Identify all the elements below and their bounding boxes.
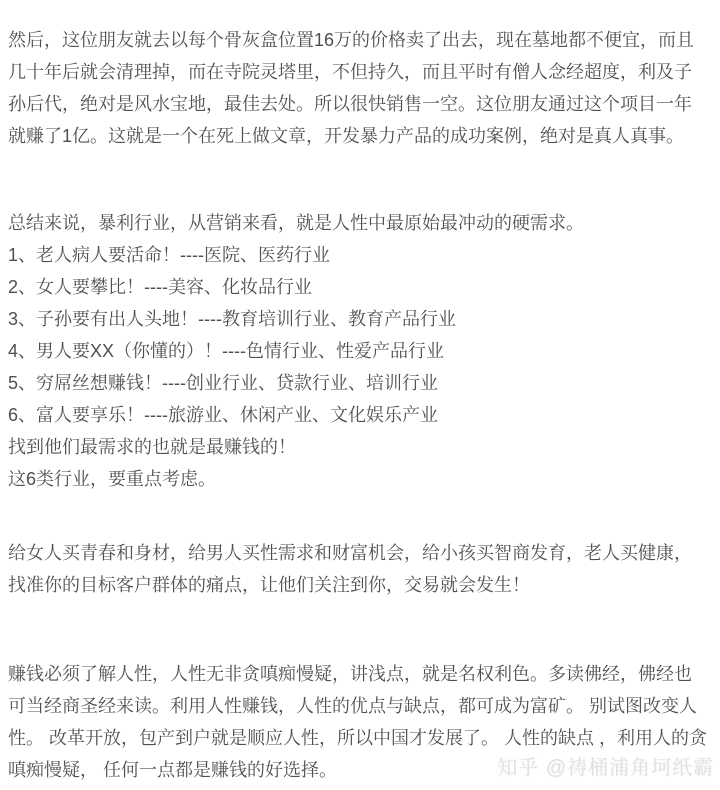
story-line: 就赚了1亿。这就是一个在死上做文章，开发暴力产品的成功案例，绝对是真人真事。 [8,120,710,152]
paragraph-target-customers: 给女人买青春和身材，给男人买性需求和财富机会，给小孩买智商发育，老人买健康， 找… [0,537,720,601]
target-line: 给女人买青春和身材，给男人买性需求和财富机会，给小孩买智商发育，老人买健康， [8,537,710,569]
summary-intro: 总结来说，暴利行业，从营销来看，就是人性中最原始最冲动的硬需求。 [8,207,710,239]
zhihu-watermark: 知乎 @祷桶浦角坷纸霸 [497,752,714,784]
story-line: 然后，这位朋友就去以每个骨灰盒位置16万的价格卖了出去，现在墓地都不便宜，而且 [8,24,710,56]
list-item-1: 1、老人病人要活命！----医院、医药行业 [8,239,710,271]
article-page: 然后，这位朋友就去以每个骨灰盒位置16万的价格卖了出去，现在墓地都不便宜，而且 … [0,0,720,790]
paragraph-story: 然后，这位朋友就去以每个骨灰盒位置16万的价格卖了出去，现在墓地都不便宜，而且 … [0,24,720,152]
summary-outro-line: 这6类行业，要重点考虑。 [8,463,710,495]
list-item-2: 2、女人要攀比！----美容、化妆品行业 [8,271,710,303]
humanity-line: 性。 改革开放，包产到户就是顺应人性，所以中国才发展了。 人性的缺点 ，利用人的… [8,722,710,754]
list-item-6: 6、富人要享乐！----旅游业、休闲产业、文化娱乐产业 [8,399,710,431]
humanity-line: 赚钱必须了解人性，人性无非贪嗔痴慢疑，讲浅点，就是名权利色。多读佛经，佛经也 [8,658,710,690]
humanity-line: 可当经商圣经来读。利用人性赚钱，人性的优点与缺点，都可成为富矿。 别试图改变人 [8,690,710,722]
story-line: 几十年后就会清理掉，而在寺院灵塔里，不但持久，而且平时有僧人念经超度，利及子 [8,56,710,88]
summary-outro-line: 找到他们最需求的也就是最赚钱的！ [8,431,710,463]
target-line: 找准你的目标客户群体的痛点，让他们关注到你，交易就会发生！ [8,569,710,601]
industry-summary: 总结来说，暴利行业，从营销来看，就是人性中最原始最冲动的硬需求。 1、老人病人要… [0,207,720,495]
list-item-3: 3、子孙要有出人头地！----教育培训行业、教育产品行业 [8,303,710,335]
story-line: 孙后代，绝对是风水宝地，最佳去处。所以很快销售一空。这位朋友通过这个项目一年 [8,88,710,120]
list-item-4: 4、男人要XX（你懂的）！----色情行业、性爱产品行业 [8,335,710,367]
list-item-5: 5、穷屌丝想赚钱！----创业行业、贷款行业、培训行业 [8,367,710,399]
